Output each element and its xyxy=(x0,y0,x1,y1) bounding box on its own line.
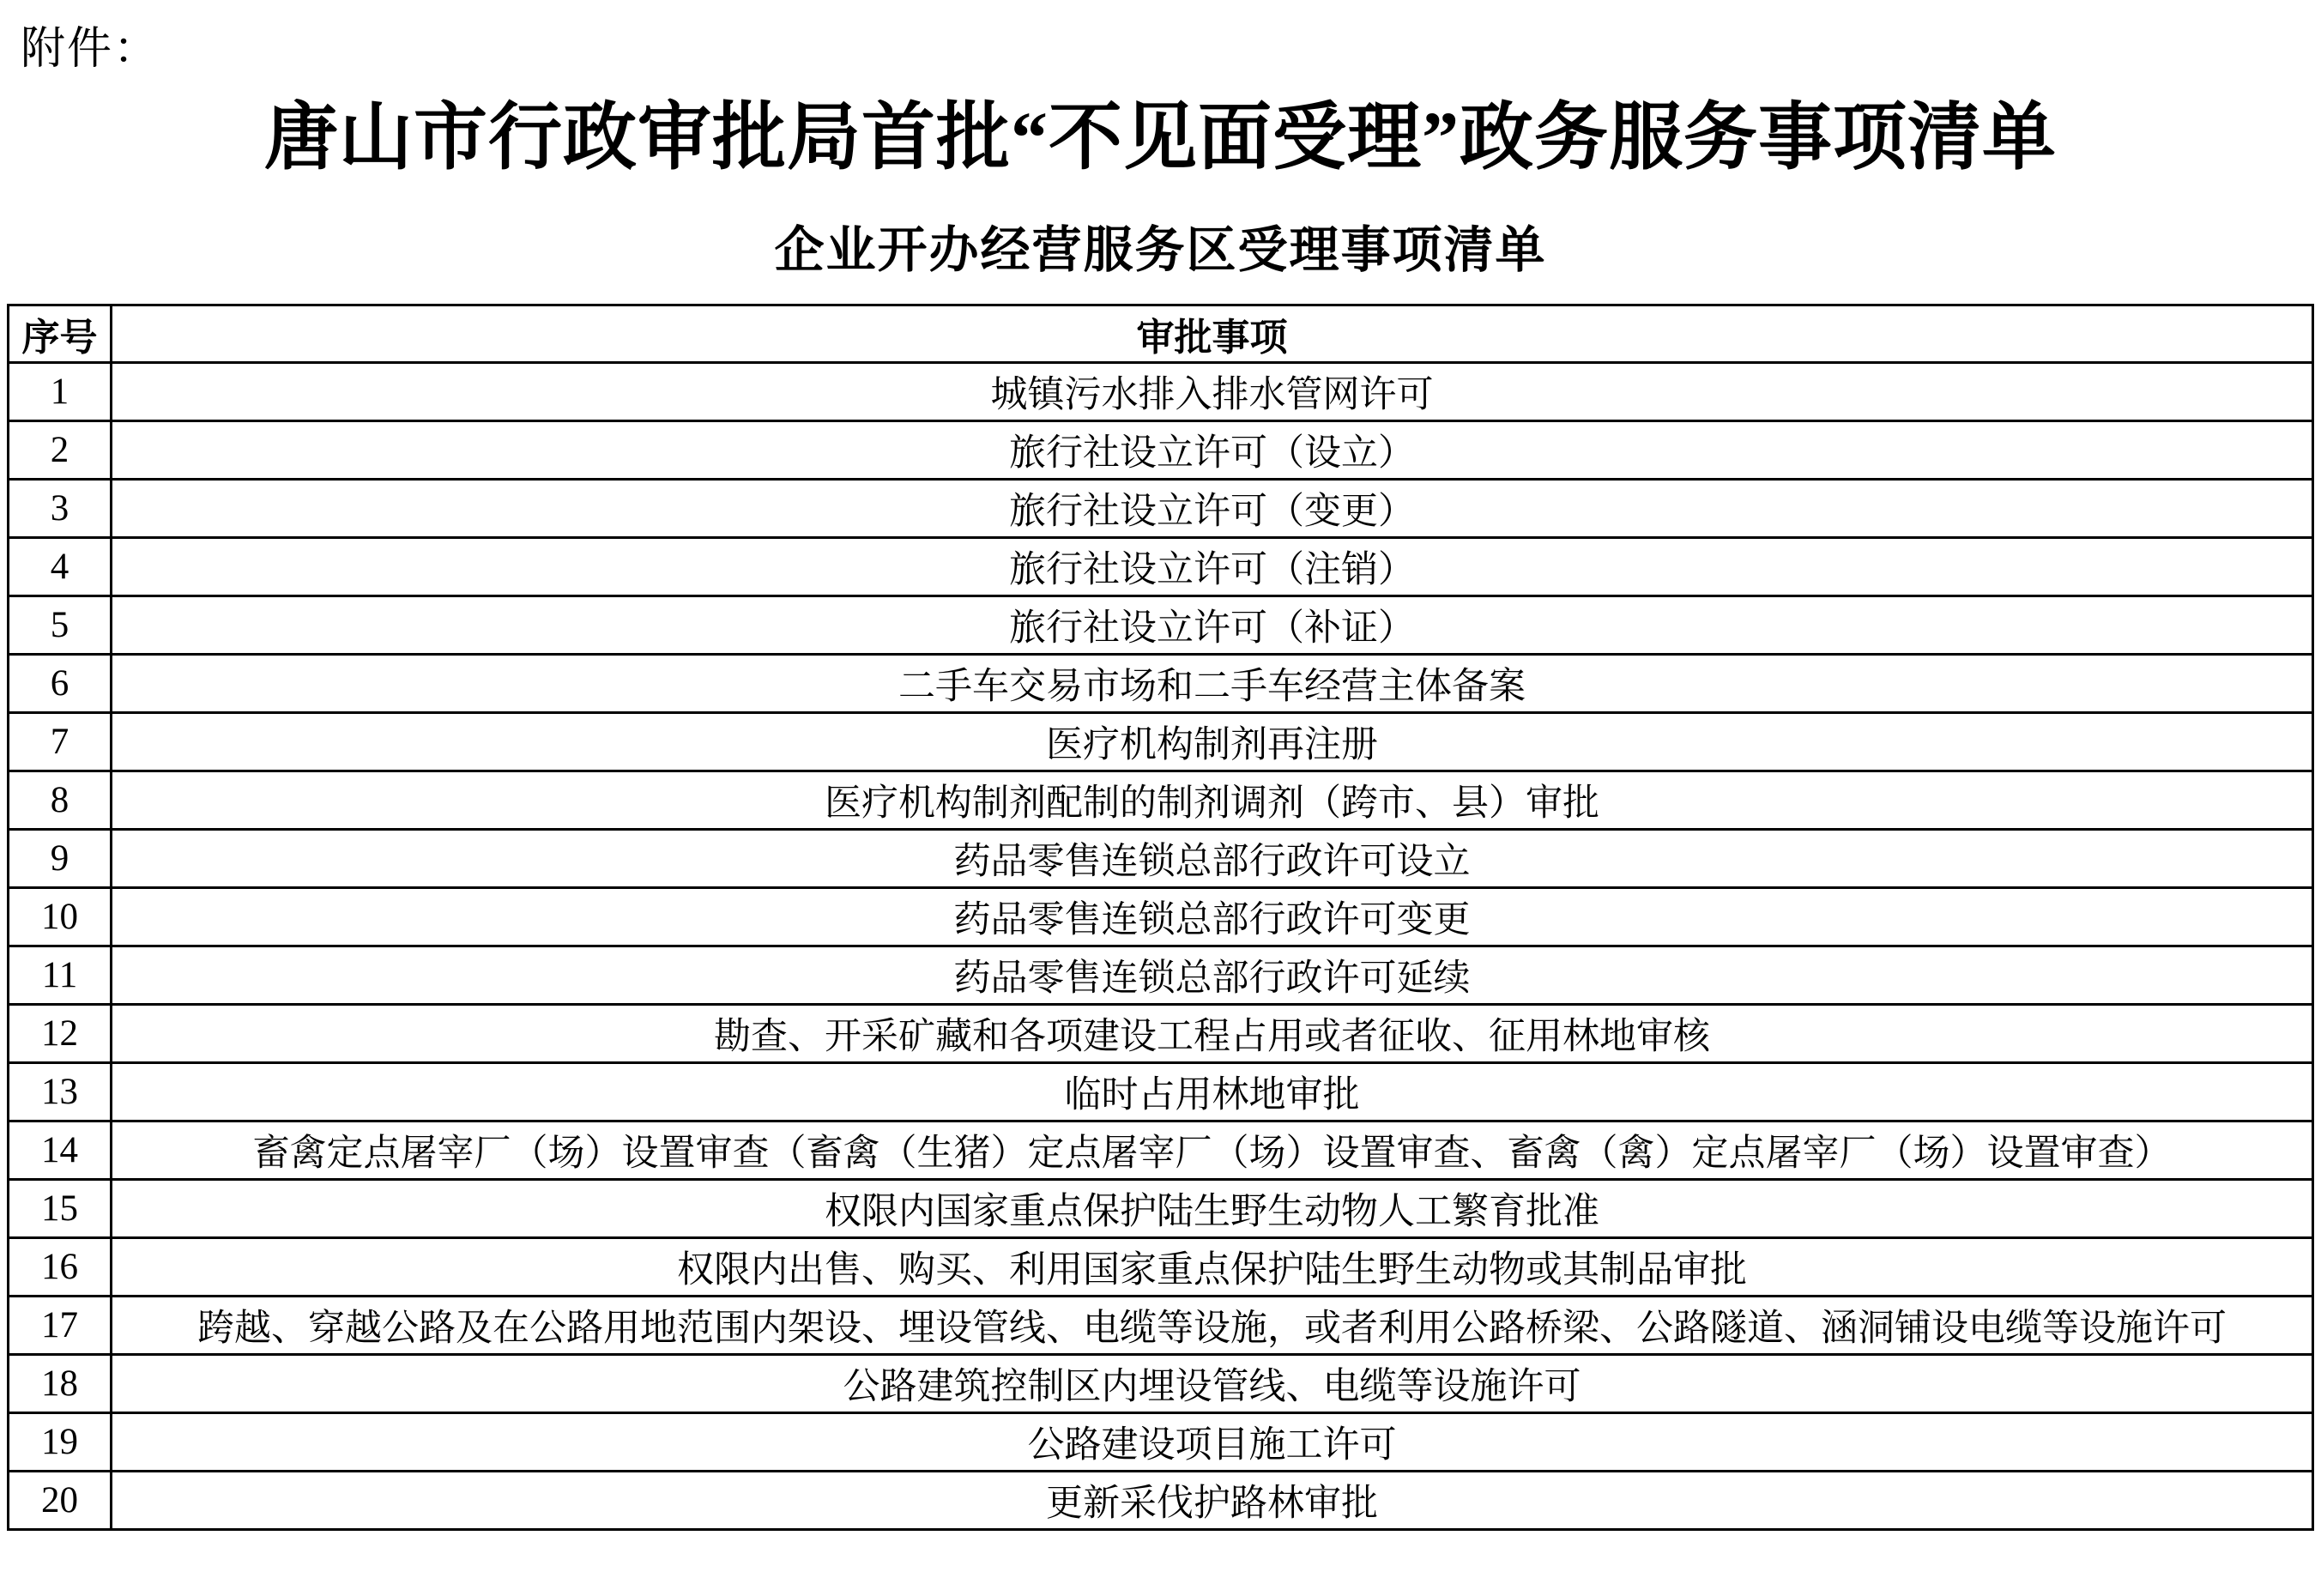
attachment-label: 附件： xyxy=(0,0,2321,76)
serial-number-cell: 2 xyxy=(9,420,112,479)
document-page: 附件： 唐山市行政审批局首批“不见面受理”政务服务事项清单 企业开办经营服务区受… xyxy=(0,0,2321,1531)
approval-items-table: 序号 审批事项 1城镇污水排入排水管网许可2旅行社设立许可（设立）3旅行社设立许… xyxy=(7,304,2314,1531)
approval-item-cell: 旅行社设立许可（设立） xyxy=(112,420,2313,479)
table-row: 7医疗机构制剂再注册 xyxy=(9,712,2313,771)
approval-item-cell: 旅行社设立许可（补证） xyxy=(112,595,2313,654)
serial-number-cell: 16 xyxy=(9,1237,112,1296)
serial-number-cell: 9 xyxy=(9,829,112,887)
section-subtitle: 企业开办经营服务区受理事项清单 xyxy=(0,223,2321,278)
approval-item-cell: 公路建筑控制区内埋设管线、电缆等设施许可 xyxy=(112,1354,2313,1412)
table-row: 5旅行社设立许可（补证） xyxy=(9,595,2313,654)
approval-item-cell: 畜禽定点屠宰厂（场）设置审查（畜禽（生猪）定点屠宰厂（场）设置审查、畜禽（禽）定… xyxy=(112,1121,2313,1179)
approval-item-cell: 药品零售连锁总部行政许可变更 xyxy=(112,887,2313,946)
serial-number-cell: 20 xyxy=(9,1471,112,1529)
table-row: 19公路建设项目施工许可 xyxy=(9,1412,2313,1471)
serial-number-cell: 4 xyxy=(9,537,112,595)
table-row: 8医疗机构制剂配制的制剂调剂（跨市、县）审批 xyxy=(9,771,2313,829)
serial-number-cell: 1 xyxy=(9,362,112,420)
serial-number-cell: 18 xyxy=(9,1354,112,1412)
table-row: 16权限内出售、购买、利用国家重点保护陆生野生动物或其制品审批 xyxy=(9,1237,2313,1296)
serial-number-header: 序号 xyxy=(9,305,112,362)
approval-item-cell: 医疗机构制剂再注册 xyxy=(112,712,2313,771)
table-row: 18公路建筑控制区内埋设管线、电缆等设施许可 xyxy=(9,1354,2313,1412)
approval-item-cell: 城镇污水排入排水管网许可 xyxy=(112,362,2313,420)
approval-item-cell: 临时占用林地审批 xyxy=(112,1062,2313,1121)
table-row: 3旅行社设立许可（变更） xyxy=(9,479,2313,537)
table-row: 6二手车交易市场和二手车经营主体备案 xyxy=(9,654,2313,712)
table-row: 14畜禽定点屠宰厂（场）设置审查（畜禽（生猪）定点屠宰厂（场）设置审查、畜禽（禽… xyxy=(9,1121,2313,1179)
serial-number-cell: 11 xyxy=(9,946,112,1004)
table-body: 1城镇污水排入排水管网许可2旅行社设立许可（设立）3旅行社设立许可（变更）4旅行… xyxy=(9,362,2313,1529)
table-row: 15权限内国家重点保护陆生野生动物人工繁育批准 xyxy=(9,1179,2313,1237)
serial-number-cell: 3 xyxy=(9,479,112,537)
table-row: 12勘查、开采矿藏和各项建设工程占用或者征收、征用林地审核 xyxy=(9,1004,2313,1062)
approval-item-header: 审批事项 xyxy=(112,305,2313,362)
serial-number-cell: 10 xyxy=(9,887,112,946)
table-row: 13临时占用林地审批 xyxy=(9,1062,2313,1121)
table-row: 10药品零售连锁总部行政许可变更 xyxy=(9,887,2313,946)
approval-item-cell: 药品零售连锁总部行政许可延续 xyxy=(112,946,2313,1004)
serial-number-cell: 5 xyxy=(9,595,112,654)
approval-item-cell: 权限内出售、购买、利用国家重点保护陆生野生动物或其制品审批 xyxy=(112,1237,2313,1296)
table-row: 20更新采伐护路林审批 xyxy=(9,1471,2313,1529)
table-row: 9药品零售连锁总部行政许可设立 xyxy=(9,829,2313,887)
approval-item-cell: 更新采伐护路林审批 xyxy=(112,1471,2313,1529)
serial-number-cell: 14 xyxy=(9,1121,112,1179)
table-row: 11药品零售连锁总部行政许可延续 xyxy=(9,946,2313,1004)
table-row: 17跨越、穿越公路及在公路用地范围内架设、埋设管线、电缆等设施，或者利用公路桥梁… xyxy=(9,1296,2313,1354)
document-title: 唐山市行政审批局首批“不见面受理”政务服务事项清单 xyxy=(0,95,2321,180)
table-header: 序号 审批事项 xyxy=(9,305,2313,362)
approval-item-cell: 二手车交易市场和二手车经营主体备案 xyxy=(112,654,2313,712)
approval-item-cell: 医疗机构制剂配制的制剂调剂（跨市、县）审批 xyxy=(112,771,2313,829)
approval-item-cell: 公路建设项目施工许可 xyxy=(112,1412,2313,1471)
serial-number-cell: 6 xyxy=(9,654,112,712)
header-row: 序号 审批事项 xyxy=(9,305,2313,362)
table-row: 1城镇污水排入排水管网许可 xyxy=(9,362,2313,420)
approval-item-cell: 权限内国家重点保护陆生野生动物人工繁育批准 xyxy=(112,1179,2313,1237)
table-row: 4旅行社设立许可（注销） xyxy=(9,537,2313,595)
approval-item-cell: 药品零售连锁总部行政许可设立 xyxy=(112,829,2313,887)
serial-number-cell: 7 xyxy=(9,712,112,771)
serial-number-cell: 19 xyxy=(9,1412,112,1471)
approval-item-cell: 旅行社设立许可（变更） xyxy=(112,479,2313,537)
table-row: 2旅行社设立许可（设立） xyxy=(9,420,2313,479)
serial-number-cell: 17 xyxy=(9,1296,112,1354)
approval-item-cell: 旅行社设立许可（注销） xyxy=(112,537,2313,595)
serial-number-cell: 12 xyxy=(9,1004,112,1062)
approval-item-cell: 跨越、穿越公路及在公路用地范围内架设、埋设管线、电缆等设施，或者利用公路桥梁、公… xyxy=(112,1296,2313,1354)
serial-number-cell: 8 xyxy=(9,771,112,829)
serial-number-cell: 13 xyxy=(9,1062,112,1121)
approval-item-cell: 勘查、开采矿藏和各项建设工程占用或者征收、征用林地审核 xyxy=(112,1004,2313,1062)
serial-number-cell: 15 xyxy=(9,1179,112,1237)
